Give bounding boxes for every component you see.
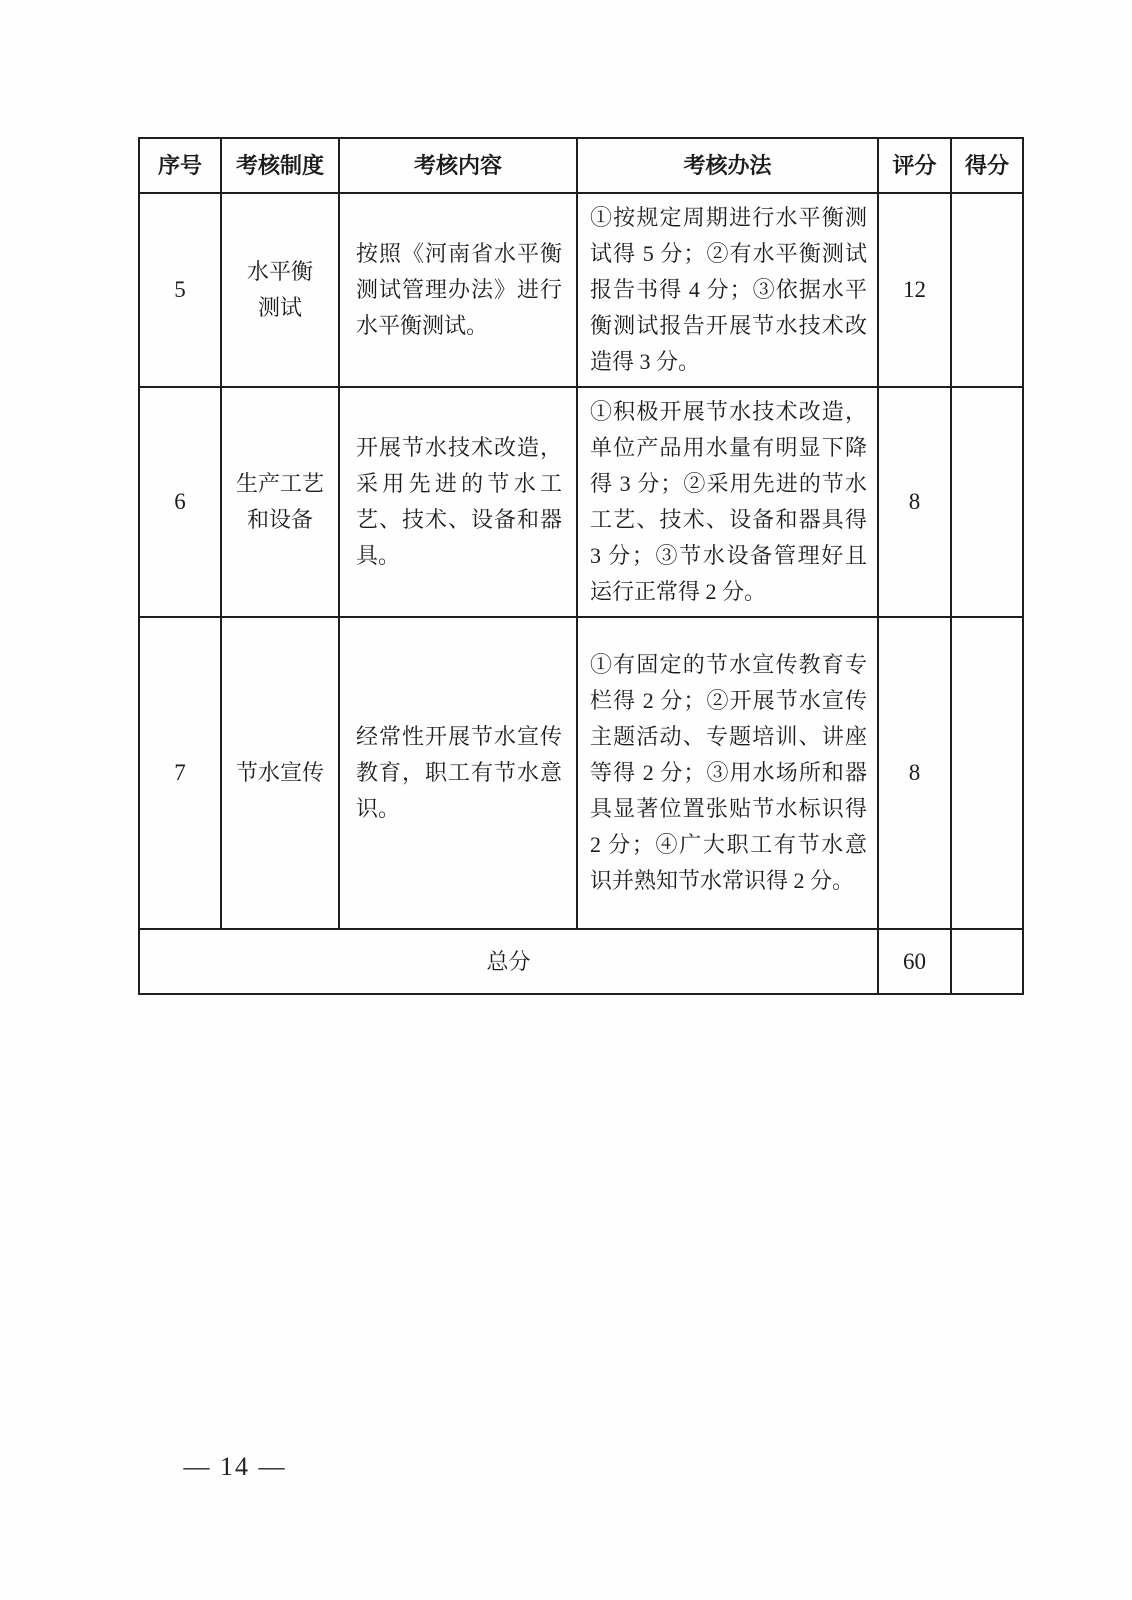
row-obtained bbox=[951, 387, 1023, 617]
row-score: 12 bbox=[878, 193, 951, 387]
row-content: 按照《河南省水平衡测试管理办法》进行水平衡测试。 bbox=[339, 193, 577, 387]
assessment-score-table: 序号 考核制度 考核内容 考核办法 评分 得分 5 水平衡 测试 按照《河南省水… bbox=[138, 137, 1024, 995]
header-system: 考核制度 bbox=[221, 138, 339, 193]
header-content: 考核内容 bbox=[339, 138, 577, 193]
total-score: 60 bbox=[878, 929, 951, 994]
row-content: 经常性开展节水宣传教育，职工有节水意识。 bbox=[339, 617, 577, 929]
total-label: 总分 bbox=[139, 929, 878, 994]
row-obtained bbox=[951, 617, 1023, 929]
row-method: ①积极开展节水技术改造，单位产品用水量有明显下降得 3 分；②采用先进的节水工艺… bbox=[577, 387, 878, 617]
table-row: 7 节水宣传 经常性开展节水宣传教育，职工有节水意识。 ①有固定的节水宣传教育专… bbox=[139, 617, 1023, 929]
row-score: 8 bbox=[878, 387, 951, 617]
header-score: 评分 bbox=[878, 138, 951, 193]
row-method: ①按规定周期进行水平衡测试得 5 分；②有水平衡测试报告书得 4 分；③依据水平… bbox=[577, 193, 878, 387]
row-seq: 7 bbox=[139, 617, 221, 929]
row-seq: 6 bbox=[139, 387, 221, 617]
row-content: 开展节水技术改造，采用先进的节水工艺、技术、设备和器具。 bbox=[339, 387, 577, 617]
table-row: 5 水平衡 测试 按照《河南省水平衡测试管理办法》进行水平衡测试。 ①按规定周期… bbox=[139, 193, 1023, 387]
row-score: 8 bbox=[878, 617, 951, 929]
row-seq: 5 bbox=[139, 193, 221, 387]
page-number: — 14 — bbox=[160, 1452, 310, 1482]
document-page: 序号 考核制度 考核内容 考核办法 评分 得分 5 水平衡 测试 按照《河南省水… bbox=[0, 0, 1132, 1600]
table-total-row: 总分 60 bbox=[139, 929, 1023, 994]
table-header-row: 序号 考核制度 考核内容 考核办法 评分 得分 bbox=[139, 138, 1023, 193]
header-method: 考核办法 bbox=[577, 138, 878, 193]
row-obtained bbox=[951, 193, 1023, 387]
header-obtained: 得分 bbox=[951, 138, 1023, 193]
row-system: 水平衡 测试 bbox=[221, 193, 339, 387]
row-method: ①有固定的节水宣传教育专栏得 2 分；②开展节水宣传主题活动、专题培训、讲座等得… bbox=[577, 617, 878, 929]
total-obtained bbox=[951, 929, 1023, 994]
row-system: 节水宣传 bbox=[221, 617, 339, 929]
row-system: 生产工艺 和设备 bbox=[221, 387, 339, 617]
header-seq: 序号 bbox=[139, 138, 221, 193]
table-row: 6 生产工艺 和设备 开展节水技术改造，采用先进的节水工艺、技术、设备和器具。 … bbox=[139, 387, 1023, 617]
